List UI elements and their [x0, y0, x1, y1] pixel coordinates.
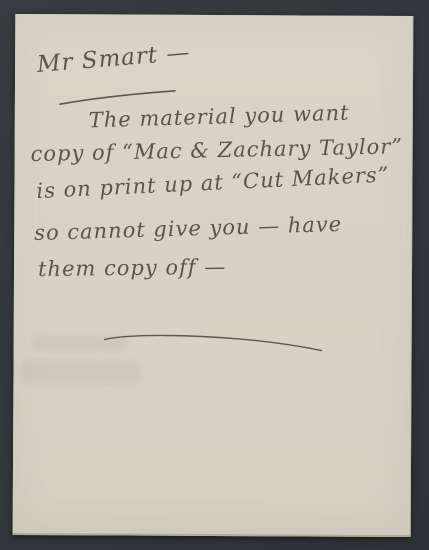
salutation-text: Mr Smart —	[36, 40, 191, 79]
note-line: them copy off —	[38, 255, 227, 281]
note-line: so cannot give you — have	[34, 212, 343, 245]
note-line: copy of “Mac & Zachary Taylor”	[30, 134, 403, 166]
closing-flourish-line	[102, 328, 326, 355]
note-paper: Mr Smart — The material you want copy of…	[13, 14, 414, 537]
note-line: is on print up at “Cut Makers”	[36, 162, 390, 203]
bleed-through-ghost	[21, 360, 141, 385]
scan-background: Mr Smart — The material you want copy of…	[0, 0, 429, 550]
